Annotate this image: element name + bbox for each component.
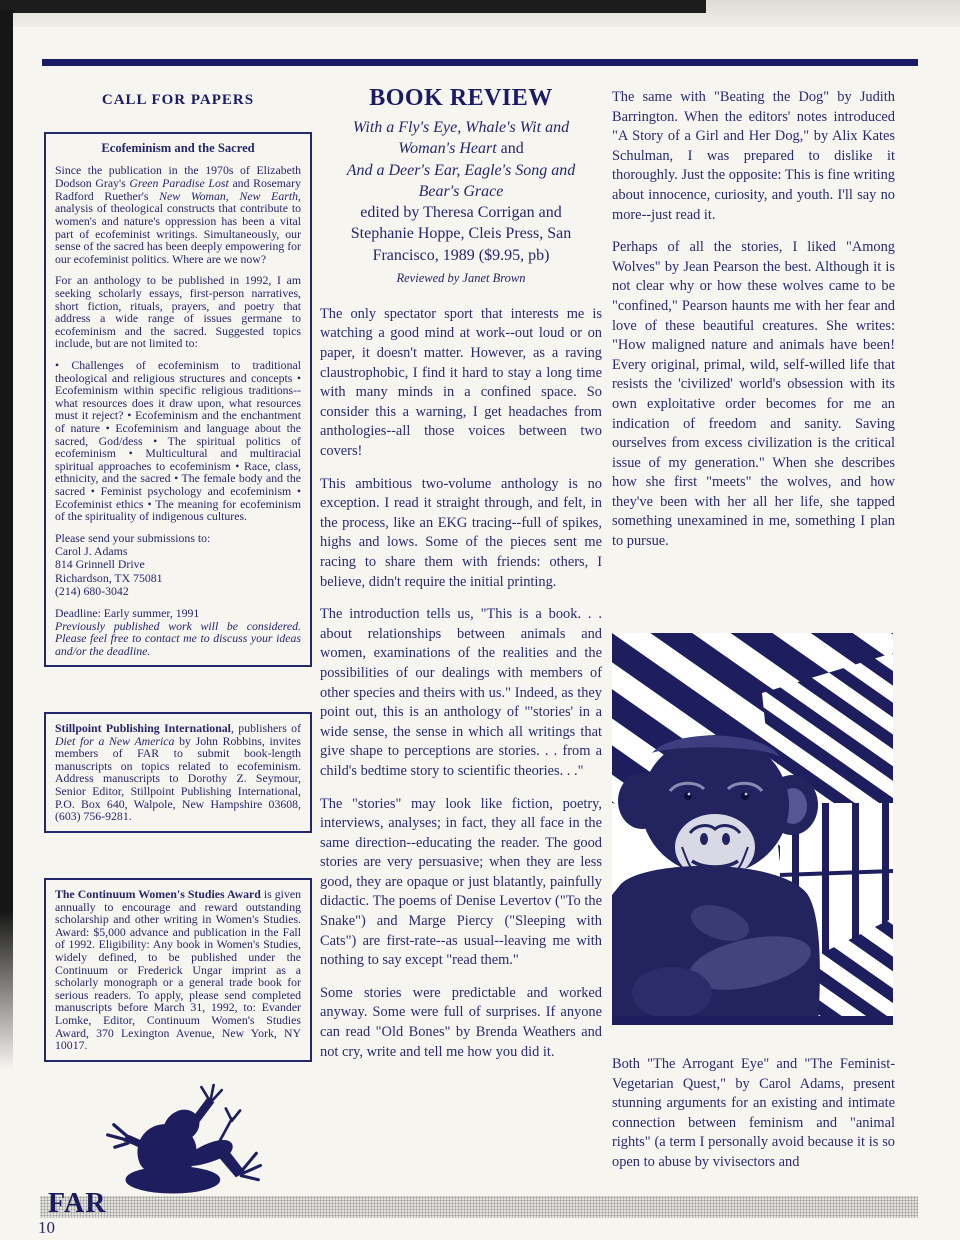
stillpoint-publishing-box: Stillpoint Publishing International, pub… xyxy=(44,712,312,833)
box-paragraph: Stillpoint Publishing International, pub… xyxy=(55,722,301,823)
review-paragraph: The only spectator sport that interests … xyxy=(320,305,602,462)
box-paragraph: • Challenges of ecofeminism to tradition… xyxy=(55,359,301,523)
review-paragraph: Both "The Arrogant Eye" and "The Feminis… xyxy=(612,1055,895,1173)
reviewer-byline: Reviewed by Janet Brown xyxy=(320,271,602,286)
review-title-line: Woman's Heart and xyxy=(320,138,602,159)
review-paragraph: The "stories" may look like fiction, poe… xyxy=(320,795,602,971)
deadline-note: Previously published work will be consid… xyxy=(55,619,301,658)
review-continuation-column: The same with "Beating the Dog" by Judit… xyxy=(612,88,895,552)
review-paragraph: The same with "Beating the Dog" by Judit… xyxy=(612,88,895,225)
caged-chimpanzee-illustration xyxy=(612,633,893,1025)
scan-edge-top-black xyxy=(0,0,706,13)
review-title-line: And a Deer's Ear, Eagle's Song and xyxy=(320,160,602,181)
book-review-column: BOOK REVIEW With a Fly's Eye, Whale's Wi… xyxy=(320,85,602,1062)
review-title-line: edited by Theresa Corrigan and xyxy=(320,202,602,223)
scan-edge-left xyxy=(0,10,13,1070)
newsletter-page: CALL FOR PAPERS Ecofeminism and the Sacr… xyxy=(0,0,960,1240)
call-for-papers-heading: CALL FOR PAPERS xyxy=(44,92,312,109)
box-paragraph: The Continuum Women's Studies Award is g… xyxy=(55,888,301,1052)
book-review-heading: BOOK REVIEW xyxy=(320,85,602,112)
far-logo: FAR xyxy=(48,1188,106,1220)
ecofeminism-call-box: Ecofeminism and the Sacred Since the pub… xyxy=(44,132,312,667)
box-paragraph: For an anthology to be published in 1992… xyxy=(55,274,301,350)
review-title-line: With a Fly's Eye, Whale's Wit and xyxy=(320,117,602,138)
continuum-award-box: The Continuum Women's Studies Award is g… xyxy=(44,878,312,1062)
review-title-line: Bear's Grace xyxy=(320,181,602,202)
submission-address: Please send your submissions to: Carol J… xyxy=(55,532,301,598)
footer-bar: FAR xyxy=(40,1196,918,1218)
review-title-line: Stephanie Hoppe, Cleis Press, San xyxy=(320,223,602,244)
review-paragraph: The introduction tells us, "This is a bo… xyxy=(320,605,602,781)
top-rule xyxy=(42,59,918,66)
review-title-line: Francisco, 1989 ($9.95, pb) xyxy=(320,245,602,266)
page-number: 10 xyxy=(38,1218,55,1238)
box-title: Ecofeminism and the Sacred xyxy=(55,142,301,155)
review-paragraph: Perhaps of all the stories, I liked "Amo… xyxy=(612,238,895,552)
frog-icon xyxy=(92,1082,268,1194)
deadline-block: Deadline: Early summer, 1991 Previously … xyxy=(55,607,301,657)
review-paragraph: This ambitious two-volume anthology is n… xyxy=(320,475,602,593)
box-paragraph: Since the publication in the 1970s of El… xyxy=(55,164,301,265)
review-paragraph: Some stories were predictable and worked… xyxy=(320,984,602,1062)
